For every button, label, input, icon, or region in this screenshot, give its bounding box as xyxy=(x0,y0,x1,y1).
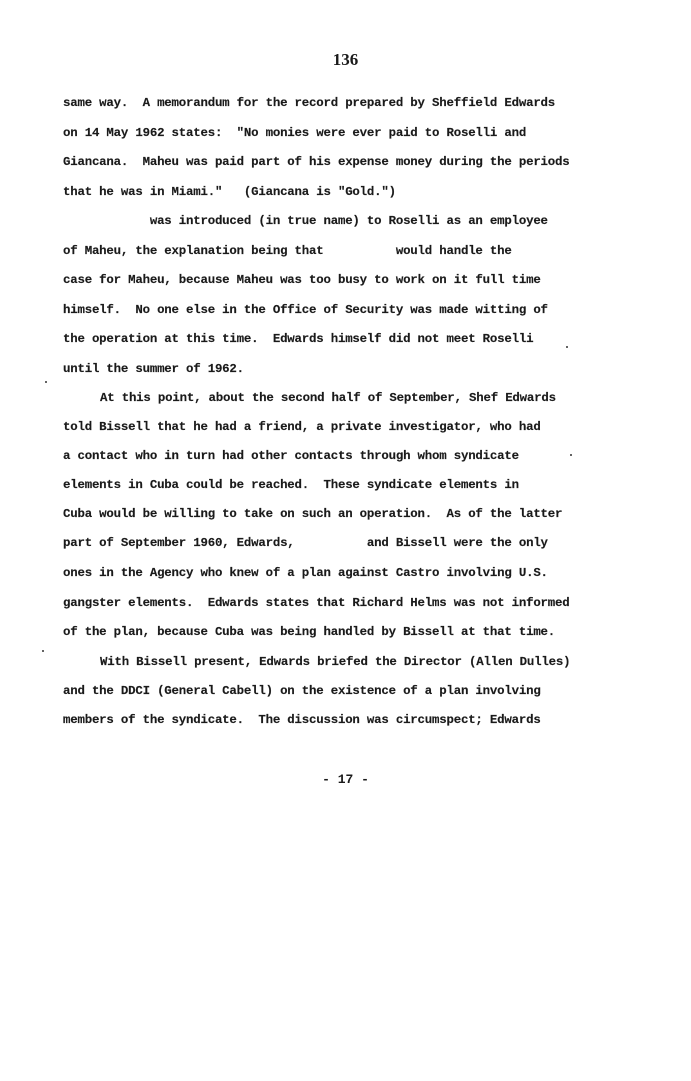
body-line: Giancana. Maheu was paid part of his exp… xyxy=(63,155,570,169)
footer-page-number: - 17 - xyxy=(0,772,691,787)
body-line: himself. No one else in the Office of Se… xyxy=(63,303,548,317)
scan-speck xyxy=(42,650,44,652)
body-line: same way. A memorandum for the record pr… xyxy=(63,96,555,110)
body-line: a contact who in turn had other contacts… xyxy=(63,449,519,463)
body-line: of the plan, because Cuba was being hand… xyxy=(63,625,555,639)
body-line: At this point, about the second half of … xyxy=(100,391,556,405)
body-line: elements in Cuba could be reached. These… xyxy=(63,478,519,492)
scan-speck xyxy=(570,454,572,456)
body-line: case for Maheu, because Maheu was too bu… xyxy=(63,273,541,287)
body-line: members of the syndicate. The discussion… xyxy=(63,713,541,727)
body-line: Cuba would be willing to take on such an… xyxy=(63,507,562,521)
body-line: of Maheu, the explanation being that wou… xyxy=(63,244,512,258)
page-number-top: 136 xyxy=(0,50,691,70)
body-line: gangster elements. Edwards states that R… xyxy=(63,596,570,610)
body-line: the operation at this time. Edwards hims… xyxy=(63,332,533,346)
body-line: ones in the Agency who knew of a plan ag… xyxy=(63,566,548,580)
body-line: With Bissell present, Edwards briefed th… xyxy=(100,655,570,669)
body-line: until the summer of 1962. xyxy=(63,362,244,376)
body-line: told Bissell that he had a friend, a pri… xyxy=(63,420,541,434)
body-line: on 14 May 1962 states: "No monies were e… xyxy=(63,126,526,140)
body-line: was introduced (in true name) to Roselli… xyxy=(63,214,548,228)
scan-speck xyxy=(566,346,568,348)
body-line: and the DDCI (General Cabell) on the exi… xyxy=(63,684,541,698)
body-line: part of September 1960, Edwards, and Bis… xyxy=(63,536,548,550)
scan-speck xyxy=(45,381,47,383)
body-line: that he was in Miami." (Giancana is "Gol… xyxy=(63,185,396,199)
